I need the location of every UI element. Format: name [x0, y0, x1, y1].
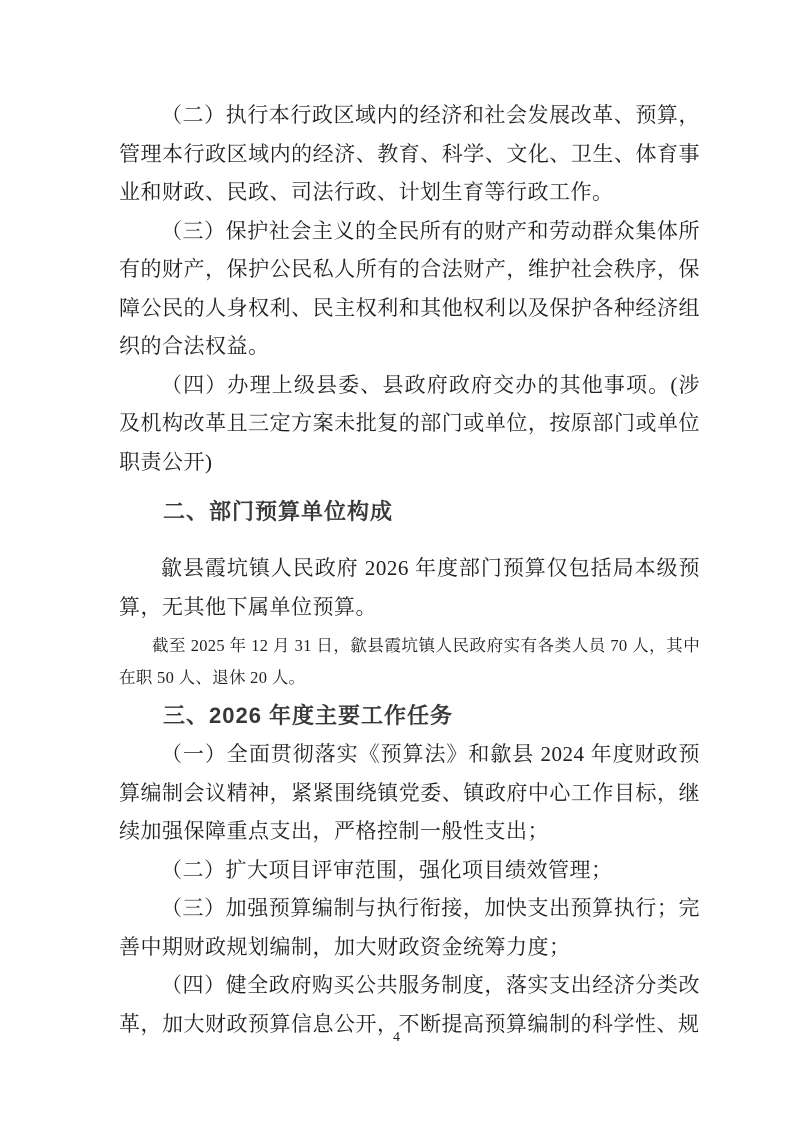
paragraph-duty-4: （四）办理上级县委、县政府政府交办的其他事项。(涉及机构改革且三定方案未批复的部…	[119, 366, 700, 482]
paragraph-duty-3: （三）保护社会主义的全民所有的财产和劳动群众集体所有的财产，保护公民私人所有的合…	[119, 212, 700, 366]
paragraph-task-1: （一）全面贯彻落实《预算法》和歙县 2024 年度财政预算编制会议精神，紧紧围绕…	[119, 735, 700, 851]
paragraph-duty-2: （二）执行本行政区域内的经济和社会发展改革、预算，管理本行政区域内的经济、教育、…	[119, 96, 700, 212]
paragraph-staff-note: 截至 2025 年 12 月 31 日，歙县霞坑镇人民政府实有各类人员 70 人…	[119, 630, 700, 693]
paragraph-task-3: （三）加强预算编制与执行衔接，加快支出预算执行；完善中期财政规划编制，加大财政资…	[119, 889, 700, 966]
section-heading-budget-units: 二、部门预算单位构成	[119, 493, 700, 531]
document-page: （二）执行本行政区域内的经济和社会发展改革、预算，管理本行政区域内的经济、教育、…	[0, 0, 793, 1122]
page-number: 4	[0, 1030, 793, 1046]
paragraph-task-2: （二）扩大项目评审范围，强化项目绩效管理；	[119, 851, 700, 890]
section-heading-main-tasks: 三、2026 年度主要工作任务	[119, 697, 700, 735]
paragraph-budget-unit: 歙县霞坑镇人民政府 2026 年度部门预算仅包括局本级预算，无其他下属单位预算。	[119, 549, 700, 626]
document-body: （二）执行本行政区域内的经济和社会发展改革、预算，管理本行政区域内的经济、教育、…	[119, 96, 700, 1043]
